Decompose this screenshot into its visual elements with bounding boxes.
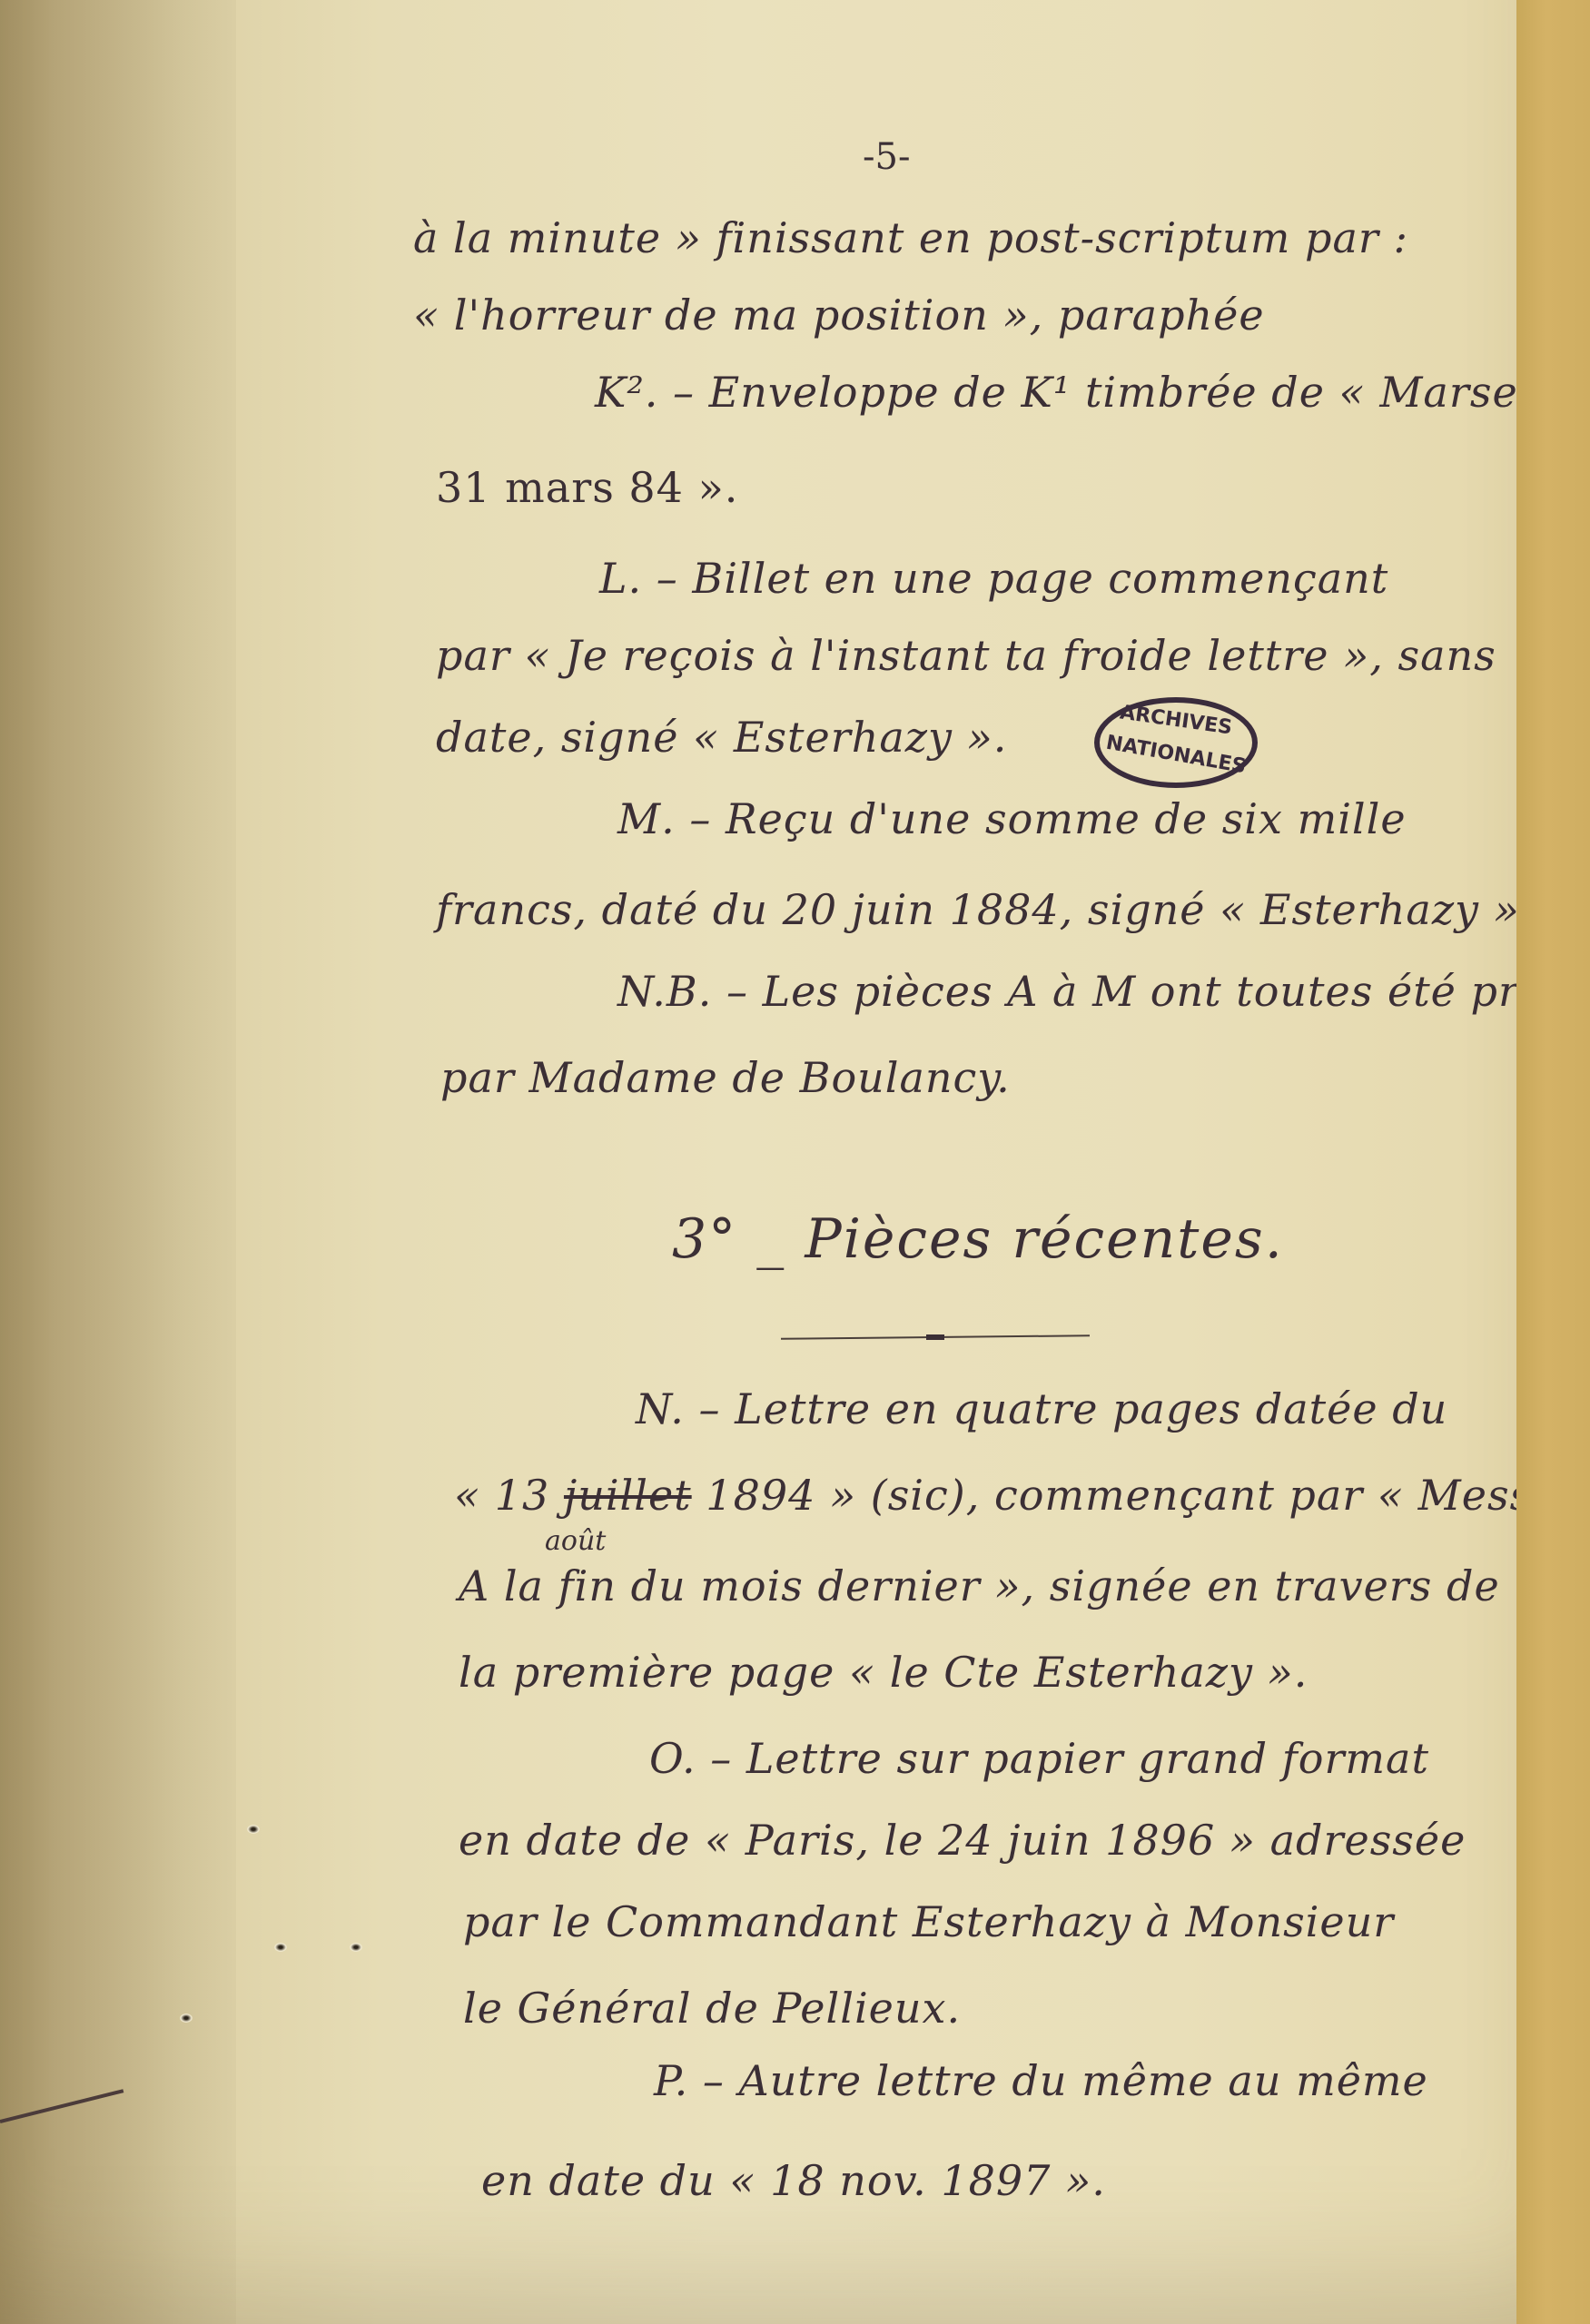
text-line-11: par Madame de Boulancy. <box>440 1053 1011 1102</box>
n2-correction: août <box>545 1525 606 1557</box>
text-line-3: K². – Enveloppe de K¹ timbrée de « Marse… <box>595 368 1590 417</box>
text-line-n1: N. – Lettre en quatre pages datée du <box>636 1384 1447 1433</box>
manuscript-page: -5- à la minute » finissant en post-scri… <box>0 0 1518 2324</box>
text-line-5: L. – Billet en une page commençant <box>599 554 1388 603</box>
page-fold-shadow <box>0 0 236 2324</box>
text-line-o1: O. – Lettre sur papier grand format <box>649 1734 1429 1783</box>
archives-nationales-stamp: ARCHIVES NATIONALES <box>1094 697 1258 788</box>
n2-suffix: 1894 » (sic), commençant par « Messieurs… <box>706 1471 1590 1520</box>
text-line-6: par « Je reçois à l'instant ta froide le… <box>436 631 1496 680</box>
text-line-p2: en date du « 18 nov. 1897 ». <box>481 2156 1106 2205</box>
n2-prefix: « 13 <box>454 1471 549 1520</box>
text-line-2: « l'horreur de ma position », paraphée <box>413 290 1265 340</box>
section-title: 3° _ Pièces récentes. <box>672 1207 1284 1271</box>
text-line-1: à la minute » finissant en post-scriptum… <box>413 213 1408 262</box>
text-line-4: 31 mars 84 ». <box>436 463 738 512</box>
pin-hole <box>274 1943 287 1952</box>
n2-struck-word: juillet <box>564 1471 692 1520</box>
pin-hole <box>350 1943 362 1952</box>
text-line-o2: en date de « Paris, le 24 juin 1896 » ad… <box>459 1816 1466 1865</box>
binding-edge <box>1516 0 1590 2324</box>
text-line-n2: « 13 juillet 1894 » (sic), commençant pa… <box>454 1471 1590 1520</box>
section-divider-mark <box>926 1334 944 1340</box>
text-line-8: M. – Reçu d'une somme de six mille <box>617 794 1407 843</box>
pin-hole <box>247 1825 260 1834</box>
text-line-o3: par le Commandant Esterhazy à Monsieur <box>463 1897 1394 1946</box>
text-line-n4: la première page « le Cte Esterhazy ». <box>459 1648 1308 1697</box>
text-line-o4: le Général de Pellieux. <box>463 1984 961 2033</box>
text-line-n3: A la fin du mois dernier », signée en tr… <box>459 1561 1500 1610</box>
page-number: -5- <box>863 136 910 178</box>
pin-hole <box>180 2014 193 2023</box>
text-line-10: N.B. – Les pièces A à M ont toutes été p… <box>617 967 1590 1016</box>
text-line-9: francs, daté du 20 juin 1884, signé « Es… <box>436 885 1534 934</box>
text-line-7: date, signé « Esterhazy ». <box>436 713 1007 762</box>
text-line-p1: P. – Autre lettre du même au même <box>654 2056 1428 2105</box>
